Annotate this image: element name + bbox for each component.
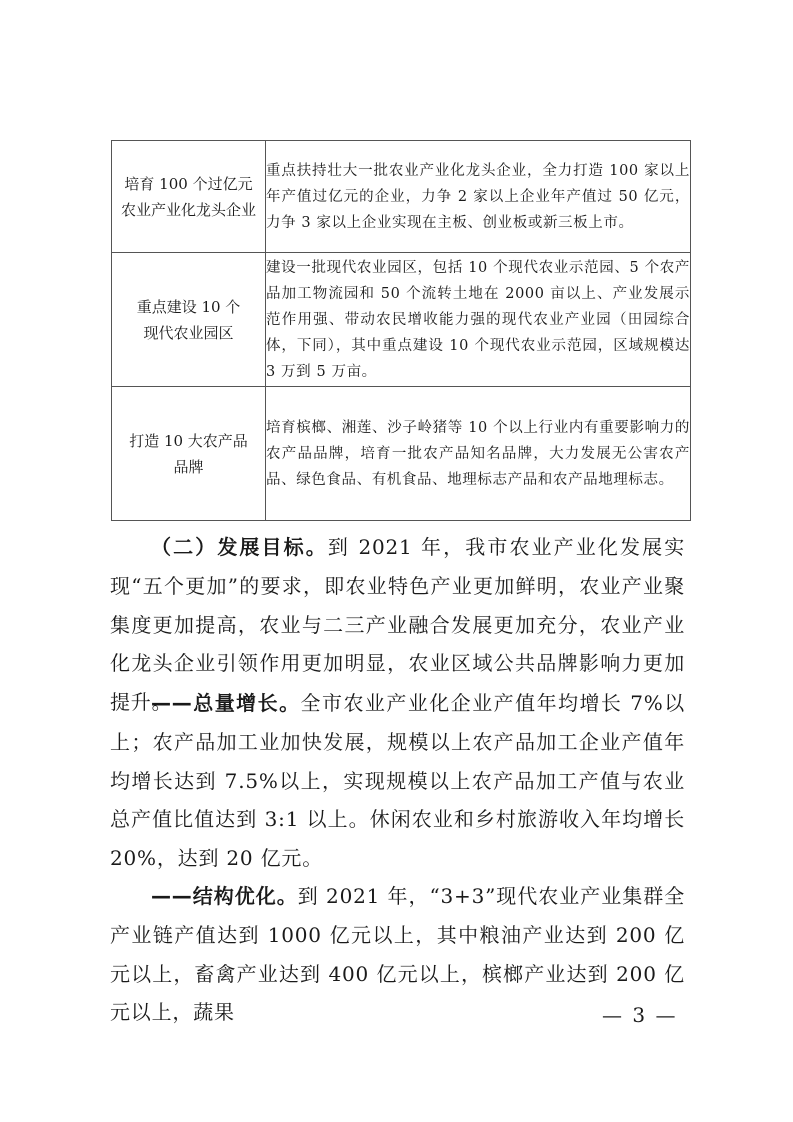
- row-title-line: 培育 100 个过亿元: [112, 171, 265, 197]
- row-title-line: 打造 10 大农产品: [112, 428, 265, 454]
- row-description-cell: 培育槟榔、湘莲、沙子岭猪等 10 个以上行业内有重要影响力的农产品品牌，培育一批…: [266, 387, 691, 521]
- table-row: 打造 10 大农产品 品牌 培育槟榔、湘莲、沙子岭猪等 10 个以上行业内有重要…: [112, 387, 691, 521]
- paragraph-heading: ——总量增长。: [151, 691, 301, 715]
- total-growth-paragraph: ——总量增长。全市农业产业化企业产值年均增长 7%以上；农产品加工业加快发展，规…: [110, 684, 685, 878]
- table-row: 培育 100 个过亿元 农业产业化龙头企业 重点扶持壮大一批农业产业化龙头企业，…: [112, 141, 691, 253]
- row-description-cell: 重点扶持壮大一批农业产业化龙头企业，全力打造 100 家以上年产值过亿元的企业，…: [266, 141, 691, 253]
- table-row: 重点建设 10 个 现代农业园区 建设一批现代农业园区，包括 10 个现代农业示…: [112, 253, 691, 387]
- row-title-line: 重点建设 10 个: [112, 294, 265, 320]
- paragraph-heading: （二）发展目标。: [151, 535, 328, 559]
- row-title-line: 品牌: [112, 454, 265, 480]
- paragraph-heading: ——结构优化。: [151, 884, 298, 908]
- goals-table: 培育 100 个过亿元 农业产业化龙头企业 重点扶持壮大一批农业产业化龙头企业，…: [111, 140, 691, 521]
- row-title-cell: 打造 10 大农产品 品牌: [112, 387, 266, 521]
- page-number: — 3 —: [602, 1003, 677, 1027]
- structure-optimization-paragraph: ——结构优化。到 2021 年，“3+3”现代农业产业集群全产业链产值达到 10…: [110, 877, 685, 1032]
- row-title-line: 农业产业化龙头企业: [112, 197, 265, 223]
- row-description-cell: 建设一批现代农业园区，包括 10 个现代农业示范园、5 个农产品加工物流园和 5…: [266, 253, 691, 387]
- row-title-line: 现代农业园区: [112, 320, 265, 346]
- row-title-cell: 重点建设 10 个 现代农业园区: [112, 253, 266, 387]
- document-page: 培育 100 个过亿元 农业产业化龙头企业 重点扶持壮大一批农业产业化龙头企业，…: [0, 0, 793, 1122]
- paragraph-text: 全市农业产业化企业产值年均增长 7%以上；农产品加工业加快发展，规模以上农产品加…: [110, 691, 685, 870]
- row-title-cell: 培育 100 个过亿元 农业产业化龙头企业: [112, 141, 266, 253]
